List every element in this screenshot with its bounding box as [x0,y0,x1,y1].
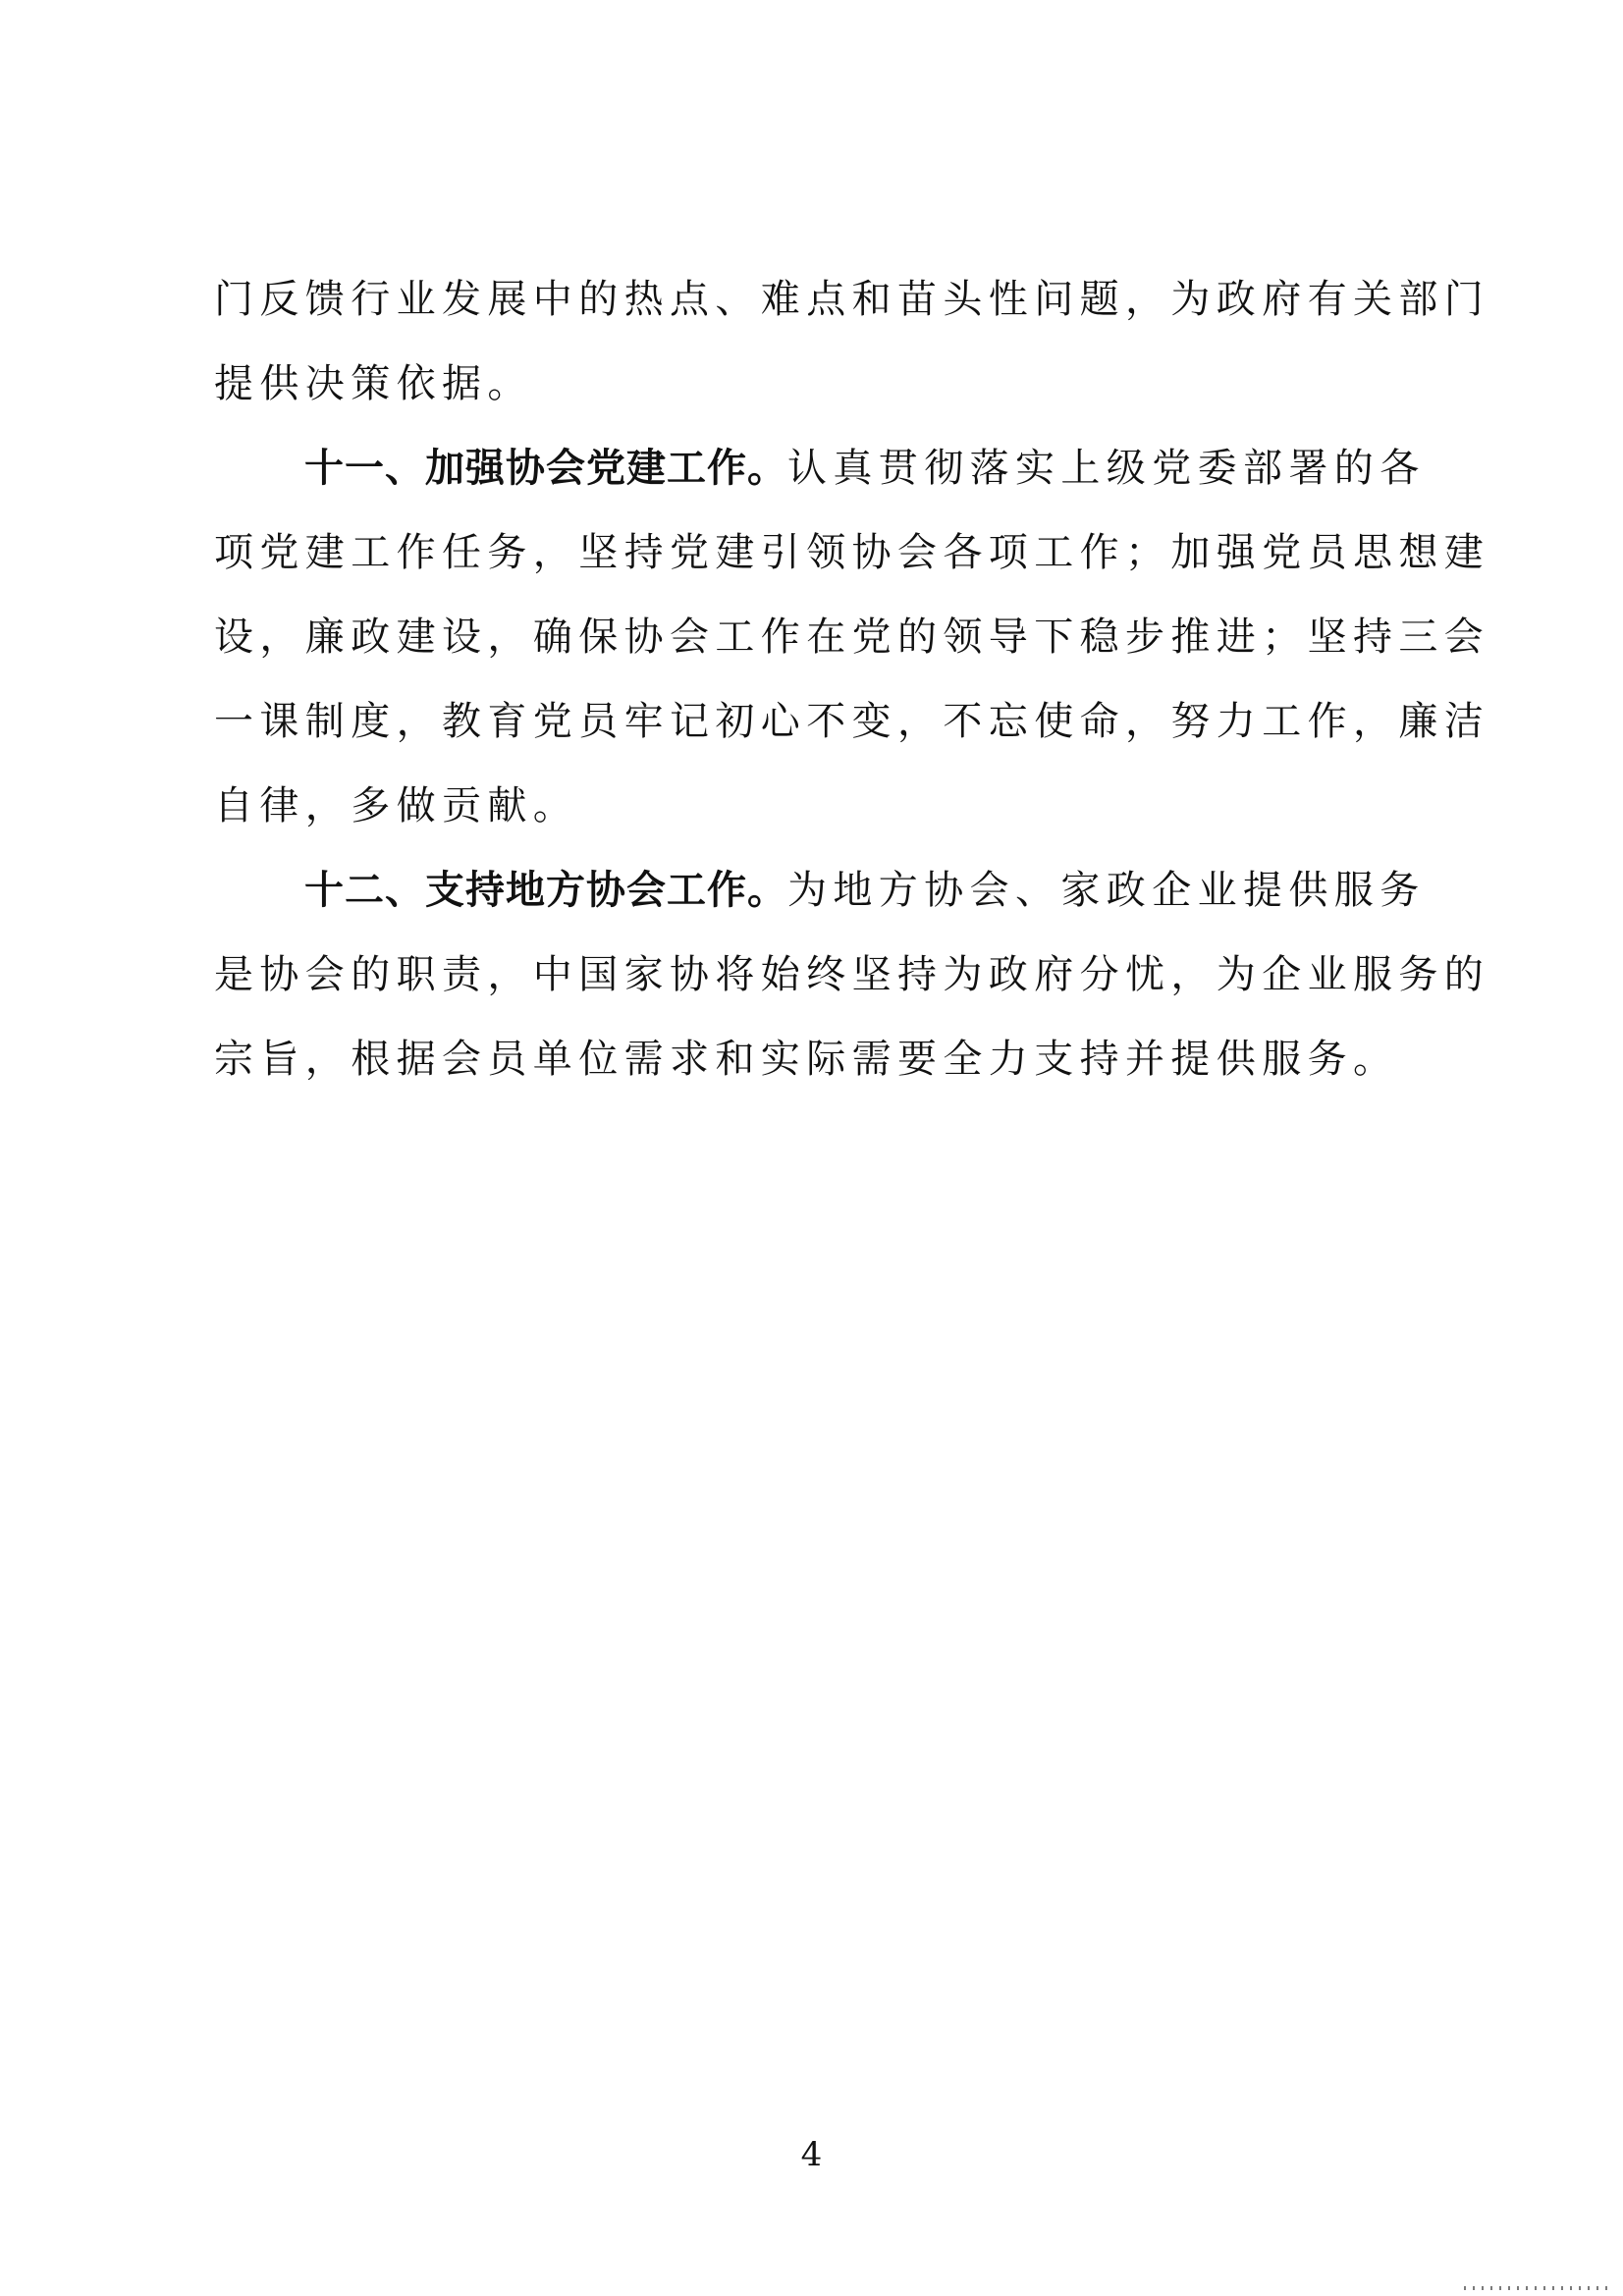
paragraph-continuation: 门反馈行业发展中的热点、难点和苗头性问题，为政府有关部门 提供决策依据。 [214,257,1432,426]
page-number: 4 [0,2135,1623,2174]
section-first-line: 十二、支持地方协会工作。为地方协会、家政企业提供服务 [214,848,1432,933]
text-line: 门反馈行业发展中的热点、难点和苗头性问题，为政府有关部门 [214,257,1432,342]
text-run: 为地方协会、家政企业提供服务 [787,868,1426,913]
text-line: 宗旨，根据会员单位需求和实际需要全力支持并提供服务。 [214,1017,1432,1101]
document-page: 门反馈行业发展中的热点、难点和苗头性问题，为政府有关部门 提供决策依据。 十一、… [0,0,1623,2296]
text-line: 设，廉政建设，确保协会工作在党的领导下稳步推进；坚持三会 [214,595,1432,679]
section-first-line: 十一、加强协会党建工作。认真贯彻落实上级党委部署的各 [214,426,1432,510]
text-line: 提供决策依据。 [214,342,1432,426]
text-line: 是协会的职责，中国家协将始终坚持为政府分忧，为企业服务的 [214,933,1432,1017]
text-run: 认真贯彻落实上级党委部署的各 [787,446,1426,491]
paragraph-section-12: 十二、支持地方协会工作。为地方协会、家政企业提供服务 是协会的职责，中国家协将始… [214,848,1432,1101]
document-body: 门反馈行业发展中的热点、难点和苗头性问题，为政府有关部门 提供决策依据。 十一、… [214,257,1432,1101]
paragraph-section-11: 十一、加强协会党建工作。认真贯彻落实上级党委部署的各 项党建工作任务，坚持党建引… [214,426,1432,848]
section-heading: 十一、加强协会党建工作。 [304,446,787,491]
scan-artifact [1464,2286,1611,2290]
text-line: 一课制度，教育党员牢记初心不变，不忘使命，努力工作，廉洁 [214,679,1432,764]
text-line: 项党建工作任务，坚持党建引领协会各项工作；加强党员思想建 [214,510,1432,595]
text-line: 自律，多做贡献。 [214,764,1432,848]
section-heading: 十二、支持地方协会工作。 [304,868,787,913]
